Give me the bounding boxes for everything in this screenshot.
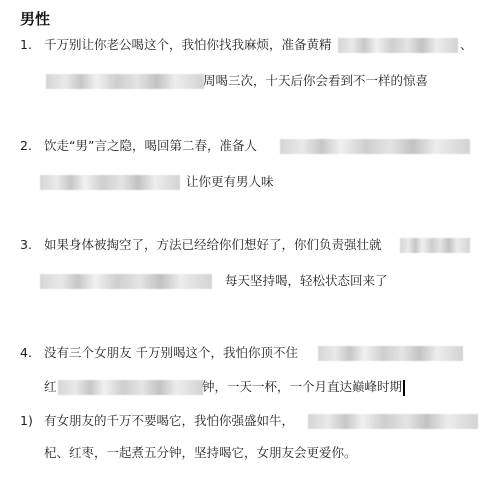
blurred-redaction <box>58 380 203 395</box>
list-item-text-line1: 没有三个女朋友 千万别喝这个，我怕你顶不住 <box>44 344 298 362</box>
list-number: 1. <box>20 36 32 54</box>
list-item-text-line1: 有女朋友的千万不要喝它，我怕你强盛如牛， <box>44 412 294 430</box>
list-item-text-line1: 饮走“男”言之隐，喝回第二春，准备人 <box>44 137 257 155</box>
text-cursor <box>403 380 405 396</box>
list-item-text-line1: 千万别让你老公喝这个，我怕你找我麻烦，准备黄精 <box>44 36 332 54</box>
blurred-redaction <box>46 74 204 89</box>
list-item-text-line1: 如果身体被掏空了，方法已经给你们想好了，你们负责强壮就 <box>44 236 382 254</box>
blurred-redaction <box>308 414 478 429</box>
blurred-redaction <box>400 238 470 253</box>
list-number: 2. <box>20 137 32 155</box>
blurred-redaction <box>338 38 458 53</box>
list-item-text-head: 红 <box>44 378 57 396</box>
blurred-redaction <box>318 346 463 361</box>
list-item-text-line2: 让你更有男人味 <box>186 173 274 191</box>
blurred-redaction <box>40 175 180 190</box>
section-heading: 男性 <box>20 8 50 29</box>
blurred-redaction <box>280 139 470 154</box>
list-item-text-line2: 每天坚持喝，轻松状态回来了 <box>225 272 388 290</box>
list-item-text-line2: 杞、红枣，一起煮五分钟，坚持喝它，女朋友会更爱你。 <box>44 444 357 462</box>
blurred-redaction <box>40 274 212 289</box>
list-item-text-line2[interactable]: 钟，一天一杯，一个月直达巅峰时期 <box>202 378 405 396</box>
list-number: 4. <box>20 344 32 362</box>
list-item-text-tail: 、 <box>460 36 473 54</box>
list-number: 1) <box>20 412 33 430</box>
list-item-text-line2: 周喝三次，十天后你会看到不一样的惊喜 <box>203 72 428 90</box>
list-number: 3. <box>20 236 32 254</box>
